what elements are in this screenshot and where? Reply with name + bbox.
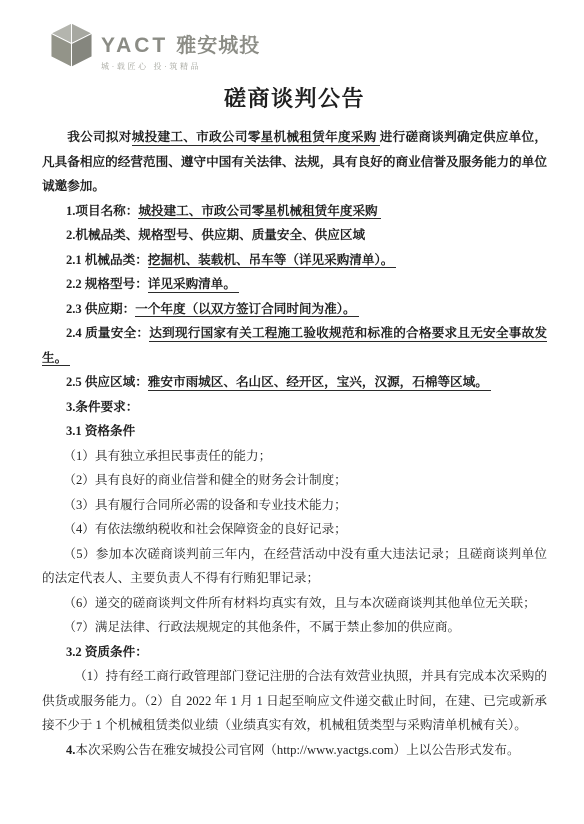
item-quality-safety: 2.4 质量安全：达到现行国家有关工程施工验收规范和标准的合格要求且无安全事故发…	[42, 321, 547, 370]
item2-5-label: 2.5 供应区域：	[66, 375, 148, 389]
intro-paragraph: 我公司拟对城投建工、市政公司零星机械租赁年度采购进行磋商谈判确定供应单位，凡具备…	[42, 125, 547, 199]
item2-3-value: 一个年度（以双方签订合同时间为准）。	[135, 302, 358, 318]
company-logo: YACT 雅安城投 城·载匠心 投·筑精品	[50, 22, 260, 72]
item-spec-model: 2.2 规格型号：详见采购清单。	[42, 272, 547, 297]
item1-label: 1.项目名称：	[66, 204, 138, 218]
brand-acronym: YACT	[101, 34, 168, 58]
item2-2-value: 详见采购清单。	[148, 277, 239, 293]
intro-lead: 我公司拟对	[67, 130, 131, 144]
cube-icon	[50, 22, 93, 69]
item-supply-period: 2.3 供应期：一个年度（以双方签订合同时间为准）。	[42, 297, 547, 322]
qualification-item-4: （4）有依法缴纳税收和社会保障资金的良好记录；	[42, 517, 547, 542]
scanned-announcement-page: YACT 雅安城投 城·载匠心 投·筑精品 磋商谈判公告 我公司拟对城投建工、市…	[0, 0, 584, 824]
item4-number: 4.	[66, 743, 75, 757]
qualification-item-6: （6）递交的磋商谈判文件所有材料均真实有效，且与本次磋商谈判其他单位无关联；	[42, 591, 547, 616]
qualification-item-1: （1）具有独立承担民事责任的能力；	[42, 444, 547, 469]
item2-1-value: 挖掘机、装载机、吊车等（详见采购清单）。	[148, 253, 397, 269]
item2-4-label: 2.4 质量安全：	[66, 326, 149, 340]
section-qualification-conditions: 3.1 资格条件	[42, 419, 547, 444]
item-project-name: 1.项目名称：城投建工、市政公司零星机械租赁年度采购	[42, 199, 547, 224]
item2-2-label: 2.2 规格型号：	[66, 277, 148, 291]
brand-name: 雅安城投	[176, 29, 260, 58]
item1-value: 城投建工、市政公司零星机械租赁年度采购	[138, 204, 380, 220]
item-machine-category: 2.1 机械品类：挖掘机、装载机、吊车等（详见采购清单）。	[42, 248, 547, 273]
item-overview: 2.机械品类、规格型号、供应期、质量安全、供应区域	[42, 223, 547, 248]
section-credential-conditions: 3.2 资质条件：	[42, 640, 547, 665]
brand-text-block: YACT 雅安城投 城·载匠心 投·筑精品	[101, 22, 260, 72]
page-title: 磋商谈判公告	[42, 84, 547, 114]
qualification-item-2: （2）具有良好的商业信誉和健全的财务会计制度；	[42, 468, 547, 493]
qualification-item-7: （7）满足法律、行政法规规定的其他条件，不属于禁止参加的供应商。	[42, 615, 547, 640]
section-conditions: 3.条件要求：	[42, 395, 547, 420]
item-publication-notice: 4.本次采购公告在雅安城投公司官网（http://www.yactgs.com）…	[42, 738, 547, 763]
qualification-item-5: （5）参加本次磋商谈判前三年内，在经营活动中没有重大违法记录；且磋商谈判单位的法…	[42, 542, 547, 591]
item2-5-value: 雅安市雨城区、名山区、经开区，宝兴，汉源，石棉等区域。	[148, 375, 491, 391]
item-supply-region: 2.5 供应区域：雅安市雨城区、名山区、经开区，宝兴，汉源，石棉等区域。	[42, 370, 547, 395]
credential-conditions-text: （1）持有经工商行政管理部门登记注册的合法有效营业执照，并具有完成本次采购的供货…	[42, 664, 547, 738]
brand-tagline: 城·载匠心 投·筑精品	[101, 61, 260, 72]
item2-3-label: 2.3 供应期：	[66, 302, 135, 316]
item2-1-label: 2.1 机械品类：	[66, 253, 148, 267]
document-body: 磋商谈判公告 我公司拟对城投建工、市政公司零星机械租赁年度采购进行磋商谈判确定供…	[42, 84, 547, 762]
item4-text: 本次采购公告在雅安城投公司官网（http://www.yactgs.com）上以…	[75, 743, 519, 757]
qualification-item-3: （3）具有履行合同所必需的设备和专业技术能力；	[42, 493, 547, 518]
intro-underlined-project-name: 城投建工、市政公司零星机械租赁年度采购	[132, 130, 380, 146]
